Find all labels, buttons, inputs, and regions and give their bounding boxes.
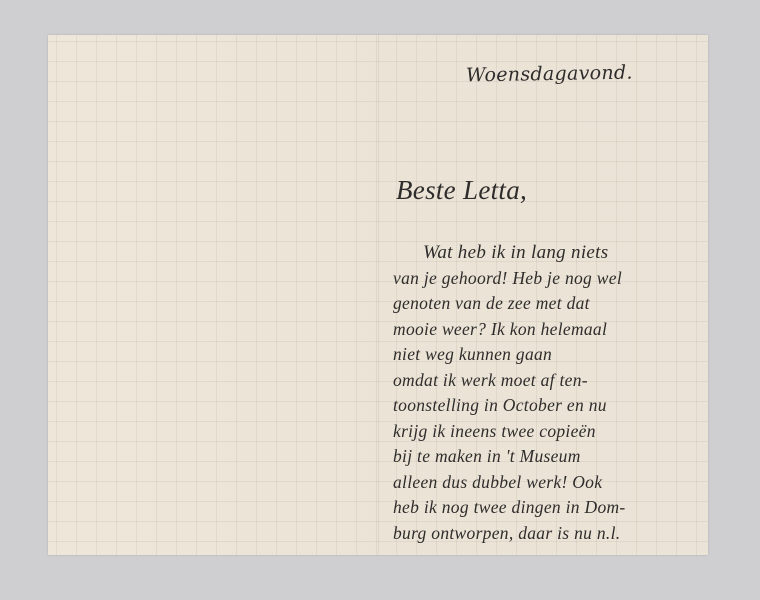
body-line: mooie weer? Ik kon helemaal — [393, 317, 693, 343]
body-line: omdat ik werk moet af ten- — [393, 368, 693, 394]
body-line: alleen dus dubbel werk! Ook — [393, 470, 693, 496]
body-line: burg ontworpen, daar is nu n.l. — [393, 521, 693, 547]
date-heading: Woensdagavond. — [466, 62, 633, 87]
letter-page: Woensdagavond. Beste Letta, Wat heb ik i… — [48, 35, 708, 555]
body-line: niet weg kunnen gaan — [393, 342, 693, 368]
body-line: Wat heb ik in lang niets — [393, 240, 693, 266]
salutation: Beste Letta, — [396, 175, 527, 206]
body-line: heb ik nog twee dingen in Dom- — [393, 495, 693, 521]
body-line: genoten van de zee met dat — [393, 291, 693, 317]
letter-body: Wat heb ik in lang niets van je gehoord!… — [393, 240, 693, 546]
body-line: toonstelling in October en nu — [393, 393, 693, 419]
body-line: krijg ik ineens twee copieën — [393, 419, 693, 445]
paper-fold-line — [378, 35, 379, 555]
body-line: van je gehoord! Heb je nog wel — [393, 266, 693, 292]
body-line: bij te maken in 't Museum — [393, 444, 693, 470]
